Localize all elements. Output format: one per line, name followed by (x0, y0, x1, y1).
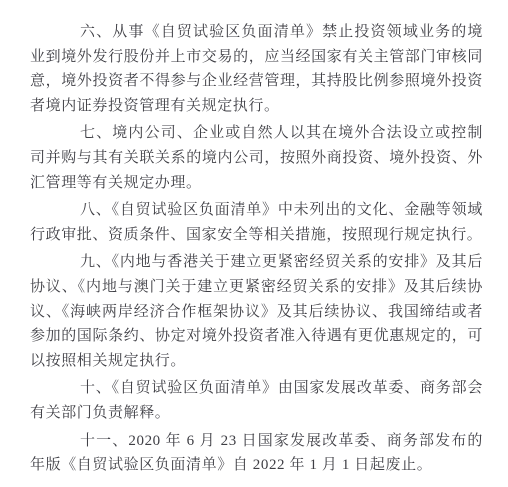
text-line: 八、《自贸试验区负面清单》中未列出的文化、金融等领域与 (30, 198, 483, 223)
text-line: 者境内证券投资管理有关规定执行。 (30, 94, 483, 119)
text-line: 十一、2020 年 6 月 23 日国家发展改革委、商务部发布的 2020 (30, 429, 483, 454)
text-line: 有关部门负责解释。 (30, 401, 483, 426)
paragraph-item-9: 九、《内地与香港关于建立更紧密经贸关系的安排》及其后续 协议、《内地与澳门关于建… (30, 250, 483, 373)
text-line: 业到境外发行股份并上市交易的，应当经国家有关主管部门审核同 (30, 45, 483, 70)
text-line: 协议、《内地与澳门关于建立更紧密经贸关系的安排》及其后续协 (30, 275, 483, 300)
paragraph-item-7: 七、境内公司、企业或自然人以其在境外合法设立或控制的公 司并购与其有关联关系的境… (30, 121, 483, 195)
text-line: 十、《自贸试验区负面清单》由国家发展改革委、商务部会同 (30, 376, 483, 401)
paragraph-item-6: 六、从事《自贸试验区负面清单》禁止投资领域业务的境内企 业到境外发行股份并上市交… (30, 20, 483, 118)
text-line: 七、境内公司、企业或自然人以其在境外合法设立或控制的公 (30, 121, 483, 146)
document-page: 六、从事《自贸试验区负面清单》禁止投资领域业务的境内企 业到境外发行股份并上市交… (0, 0, 508, 487)
text-line: 意，境外投资者不得参与企业经营管理，其持股比例参照境外投资 (30, 69, 483, 94)
paragraph-item-10: 十、《自贸试验区负面清单》由国家发展改革委、商务部会同 有关部门负责解释。 (30, 376, 483, 425)
paragraph-item-11: 十一、2020 年 6 月 23 日国家发展改革委、商务部发布的 2020 年版… (30, 429, 483, 478)
text-line: 九、《内地与香港关于建立更紧密经贸关系的安排》及其后续 (30, 250, 483, 275)
text-line: 议、《海峡两岸经济合作框架协议》及其后续协议、我国缔结或者 (30, 300, 483, 325)
text-line: 以按照相关规定执行。 (30, 349, 483, 374)
text-line: 六、从事《自贸试验区负面清单》禁止投资领域业务的境内企 (30, 20, 483, 45)
text-line: 行政审批、资质条件、国家安全等相关措施，按照现行规定执行。 (30, 223, 483, 248)
text-line: 司并购与其有关联关系的境内公司，按照外商投资、境外投资、外 (30, 146, 483, 171)
text-line: 参加的国际条约、协定对境外投资者准入待遇有更优惠规定的，可 (30, 324, 483, 349)
text-line: 汇管理等有关规定办理。 (30, 171, 483, 196)
paragraph-item-8: 八、《自贸试验区负面清单》中未列出的文化、金融等领域与 行政审批、资质条件、国家… (30, 198, 483, 247)
text-line: 年版《自贸试验区负面清单》自 2022 年 1 月 1 日起废止。 (30, 453, 483, 478)
